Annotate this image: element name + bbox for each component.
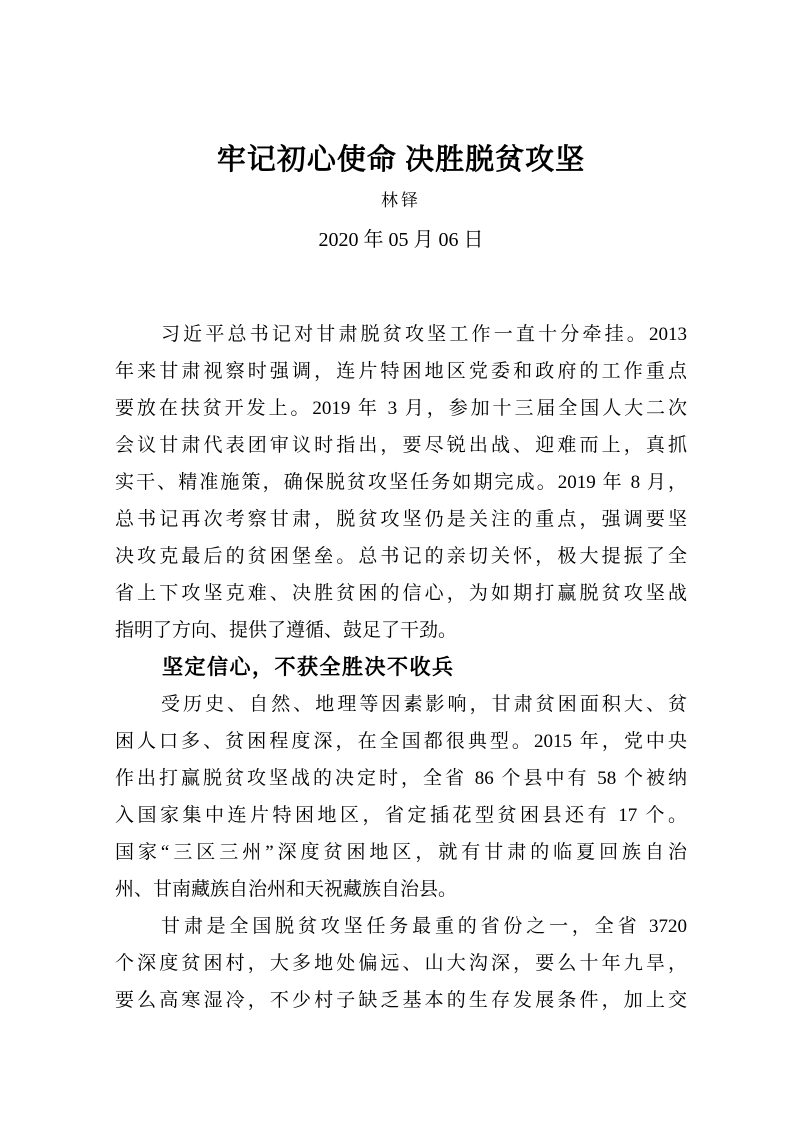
- document-author: 林铎: [115, 190, 687, 212]
- text-line: 要么高寒湿冷，不少村子缺乏基本的生存发展条件，加上交: [115, 982, 687, 1019]
- paragraph: 受历史、自然、地理等因素影响，甘肃贫困面积大、贫困人口多、贫困程度深，在全国都很…: [115, 686, 687, 908]
- text-line: 会议甘肃代表团审议时指出，要尽锐出战、迎难而上，真抓: [115, 427, 687, 464]
- text-line: 总书记再次考察甘肃，脱贫攻坚仍是关注的重点，强调要坚: [115, 501, 687, 538]
- text-line: 受历史、自然、地理等因素影响，甘肃贫困面积大、贫: [115, 686, 687, 723]
- text-line: 国家“三区三州”深度贫困地区，就有甘肃的临夏回族自治: [115, 834, 687, 871]
- text-line: 入国家集中连片特困地区，省定插花型贫困县还有 17 个。: [115, 797, 687, 834]
- text-line: 要放在扶贫开发上。2019 年 3 月，参加十三届全国人大二次: [115, 390, 687, 427]
- text-line: 实干、精准施策，确保脱贫攻坚任务如期完成。2019 年 8 月，: [115, 464, 687, 501]
- text-line: 指明了方向、提供了遵循、鼓足了干劲。: [115, 612, 687, 649]
- text-line: 年来甘肃视察时强调，连片特困地区党委和政府的工作重点: [115, 353, 687, 390]
- section-heading: 坚定信心，不获全胜决不收兵: [115, 649, 687, 686]
- text-line: 州、甘南藏族自治州和天祝藏族自治县。: [115, 871, 687, 908]
- document-title: 牢记初心使命 决胜脱贫攻坚: [115, 138, 687, 182]
- text-line: 作出打赢脱贫攻坚战的决定时，全省 86 个县中有 58 个被纳: [115, 760, 687, 797]
- text-line: 习近平总书记对甘肃脱贫攻坚工作一直十分牵挂。2013: [115, 316, 687, 353]
- paragraph: 甘肃是全国脱贫攻坚任务最重的省份之一，全省 3720个深度贫困村，大多地处偏远、…: [115, 908, 687, 1019]
- document-date: 2020 年 05 月 06 日: [115, 226, 687, 254]
- document-body: 习近平总书记对甘肃脱贫攻坚工作一直十分牵挂。2013年来甘肃视察时强调，连片特困…: [115, 316, 687, 1019]
- paragraph: 习近平总书记对甘肃脱贫攻坚工作一直十分牵挂。2013年来甘肃视察时强调，连片特困…: [115, 316, 687, 649]
- text-line: 个深度贫困村，大多地处偏远、山大沟深，要么十年九旱，: [115, 945, 687, 982]
- text-line: 决攻克最后的贫困堡垒。总书记的亲切关怀，极大提振了全: [115, 538, 687, 575]
- text-line: 甘肃是全国脱贫攻坚任务最重的省份之一，全省 3720: [115, 908, 687, 945]
- text-line: 省上下攻坚克难、决胜贫困的信心，为如期打赢脱贫攻坚战: [115, 575, 687, 612]
- document-page: 牢记初心使命 决胜脱贫攻坚 林铎 2020 年 05 月 06 日 习近平总书记…: [0, 0, 793, 1122]
- text-line: 困人口多、贫困程度深，在全国都很典型。2015 年，党中央: [115, 723, 687, 760]
